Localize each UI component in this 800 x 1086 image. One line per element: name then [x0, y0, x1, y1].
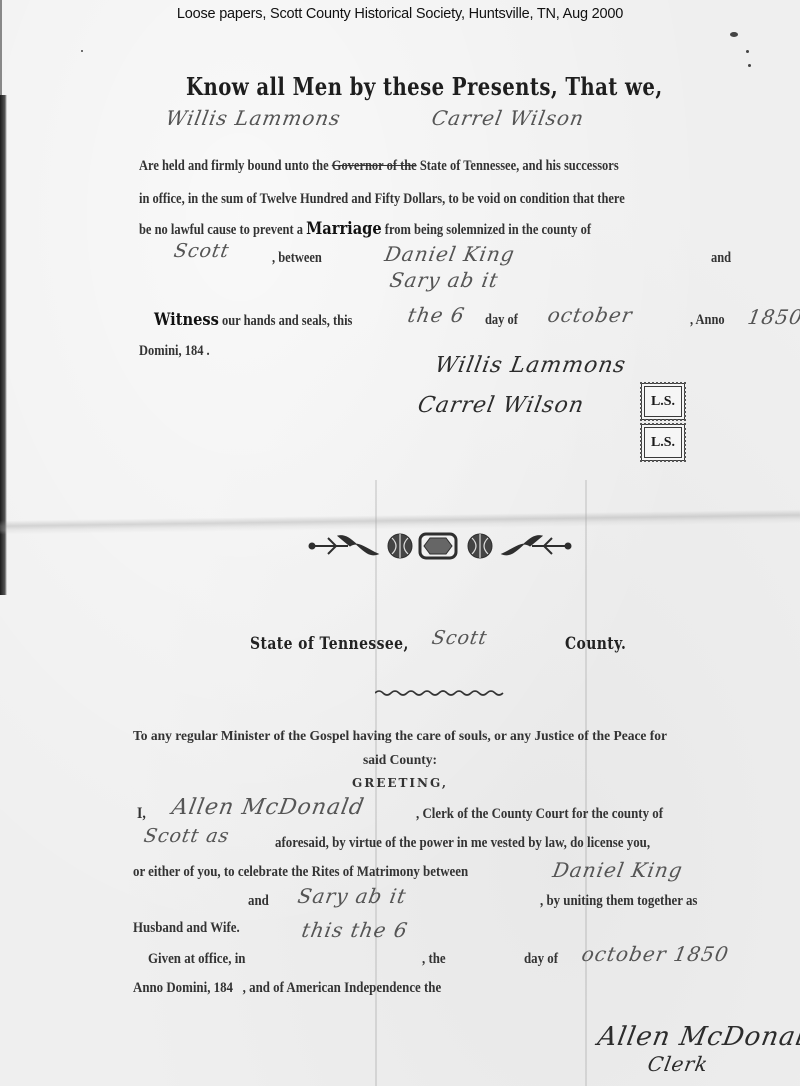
obligor-2-handwritten: Carrel Wilson: [430, 106, 586, 130]
county2-handwritten: Scott as: [142, 825, 231, 847]
paper-blemish: [746, 50, 749, 53]
county-label-wrap: County.: [565, 634, 640, 654]
license-state-heading: State of Tennessee,: [250, 634, 444, 654]
and-label: and: [711, 250, 731, 267]
license-address-line-1: To any regular Minister of the Gospel ha…: [0, 728, 800, 744]
clerk-text: , Clerk of the County Court for the coun…: [416, 806, 663, 823]
bond-line-1-a: Are held and firmly bound unto the: [139, 158, 329, 174]
clerk-signature: Allen McDonald: [595, 1022, 800, 1052]
husband-wife-text: Husband and Wife.: [133, 920, 240, 937]
license-bride-handwritten: Sary ab it: [296, 884, 409, 908]
either-text: or either of you, to celebrate the Rites…: [133, 864, 468, 881]
bond-line-1-b: State of Tennessee, and his successors: [420, 158, 619, 174]
witness-day-handwritten: the 6: [406, 303, 467, 327]
domini-label: Domini, 184 .: [139, 343, 210, 360]
paper-blemish: [730, 32, 738, 37]
clerk-name-handwritten: Allen McDonald: [170, 795, 367, 820]
state-label: State of Tennessee,: [250, 634, 409, 654]
bond-line-3-b: from being solemnized in the county of: [385, 222, 591, 238]
given-date-handwritten: october 1850: [580, 942, 731, 966]
license-address-line-2: said County:: [0, 752, 800, 768]
anno-domini-text: Anno Domini, 184 , and of American Indep…: [133, 980, 441, 997]
license-and-label: and: [248, 893, 269, 910]
bond-title: Know all Men by these Presents, That we,: [186, 72, 767, 102]
bond-groom-handwritten: Daniel King: [383, 242, 517, 266]
bond-line-2: in office, in the sum of Twelve Hundred …: [139, 191, 625, 208]
license-county-handwritten: Scott: [430, 627, 489, 649]
signature-willis: Willis Lammons: [433, 353, 628, 378]
given-day-handwritten: this the 6: [300, 918, 410, 942]
bond-line-1: Are held and firmly bound unto the Gover…: [139, 158, 619, 175]
witness-year-handwritten: 1850: [746, 305, 800, 329]
clerk-title-signature: Clerk: [646, 1052, 710, 1076]
the-label: , the: [422, 951, 446, 968]
i-label: I,: [137, 805, 146, 823]
between-label: , between: [272, 250, 322, 267]
anno-label: , Anno: [690, 312, 725, 329]
bond-line-3-a: be no lawful cause to prevent a: [139, 222, 303, 238]
license-day-of-label: day of: [524, 951, 558, 968]
marriage-word: Marriage: [306, 219, 382, 239]
bond-line-3: be no lawful cause to prevent a Marriage…: [139, 219, 591, 239]
day-of-label: day of: [485, 312, 518, 329]
county-label: County.: [565, 634, 626, 654]
scanned-document: Loose papers, Scott County Historical So…: [0, 0, 800, 1086]
struck-text: Governor of the: [332, 158, 417, 174]
bond-title-text: Know all Men by these Presents, That we,: [186, 72, 663, 101]
witness-text: our hands and seals, this: [222, 313, 352, 329]
bond-county-handwritten: Scott: [172, 240, 231, 262]
scan-caption: Loose papers, Scott County Historical So…: [0, 6, 800, 22]
license-groom-handwritten: Daniel King: [551, 858, 685, 882]
witness-word: Witness: [154, 310, 219, 330]
seal-box-1: L.S.: [641, 383, 685, 420]
paper-blemish: [748, 64, 751, 67]
given-label: Given at office, in: [148, 951, 245, 968]
signature-carrel: Carrel Wilson: [416, 393, 586, 418]
seal-box-2: L.S.: [641, 424, 685, 461]
witness-line: Witness our hands and seals, this: [154, 310, 352, 330]
decorative-squiggle-icon: [375, 688, 505, 698]
greeting-heading: GREETING,: [0, 776, 800, 790]
aforesaid-text: aforesaid, by virtue of the power in me …: [275, 835, 650, 852]
bond-bride-handwritten: Sary ab it: [388, 268, 501, 292]
uniting-text: , by uniting them together as: [540, 893, 697, 910]
witness-month-handwritten: october: [546, 303, 635, 327]
paper-blemish: [81, 50, 83, 52]
decorative-ornament-icon: [308, 530, 572, 562]
obligor-1-handwritten: Willis Lammons: [164, 106, 343, 130]
